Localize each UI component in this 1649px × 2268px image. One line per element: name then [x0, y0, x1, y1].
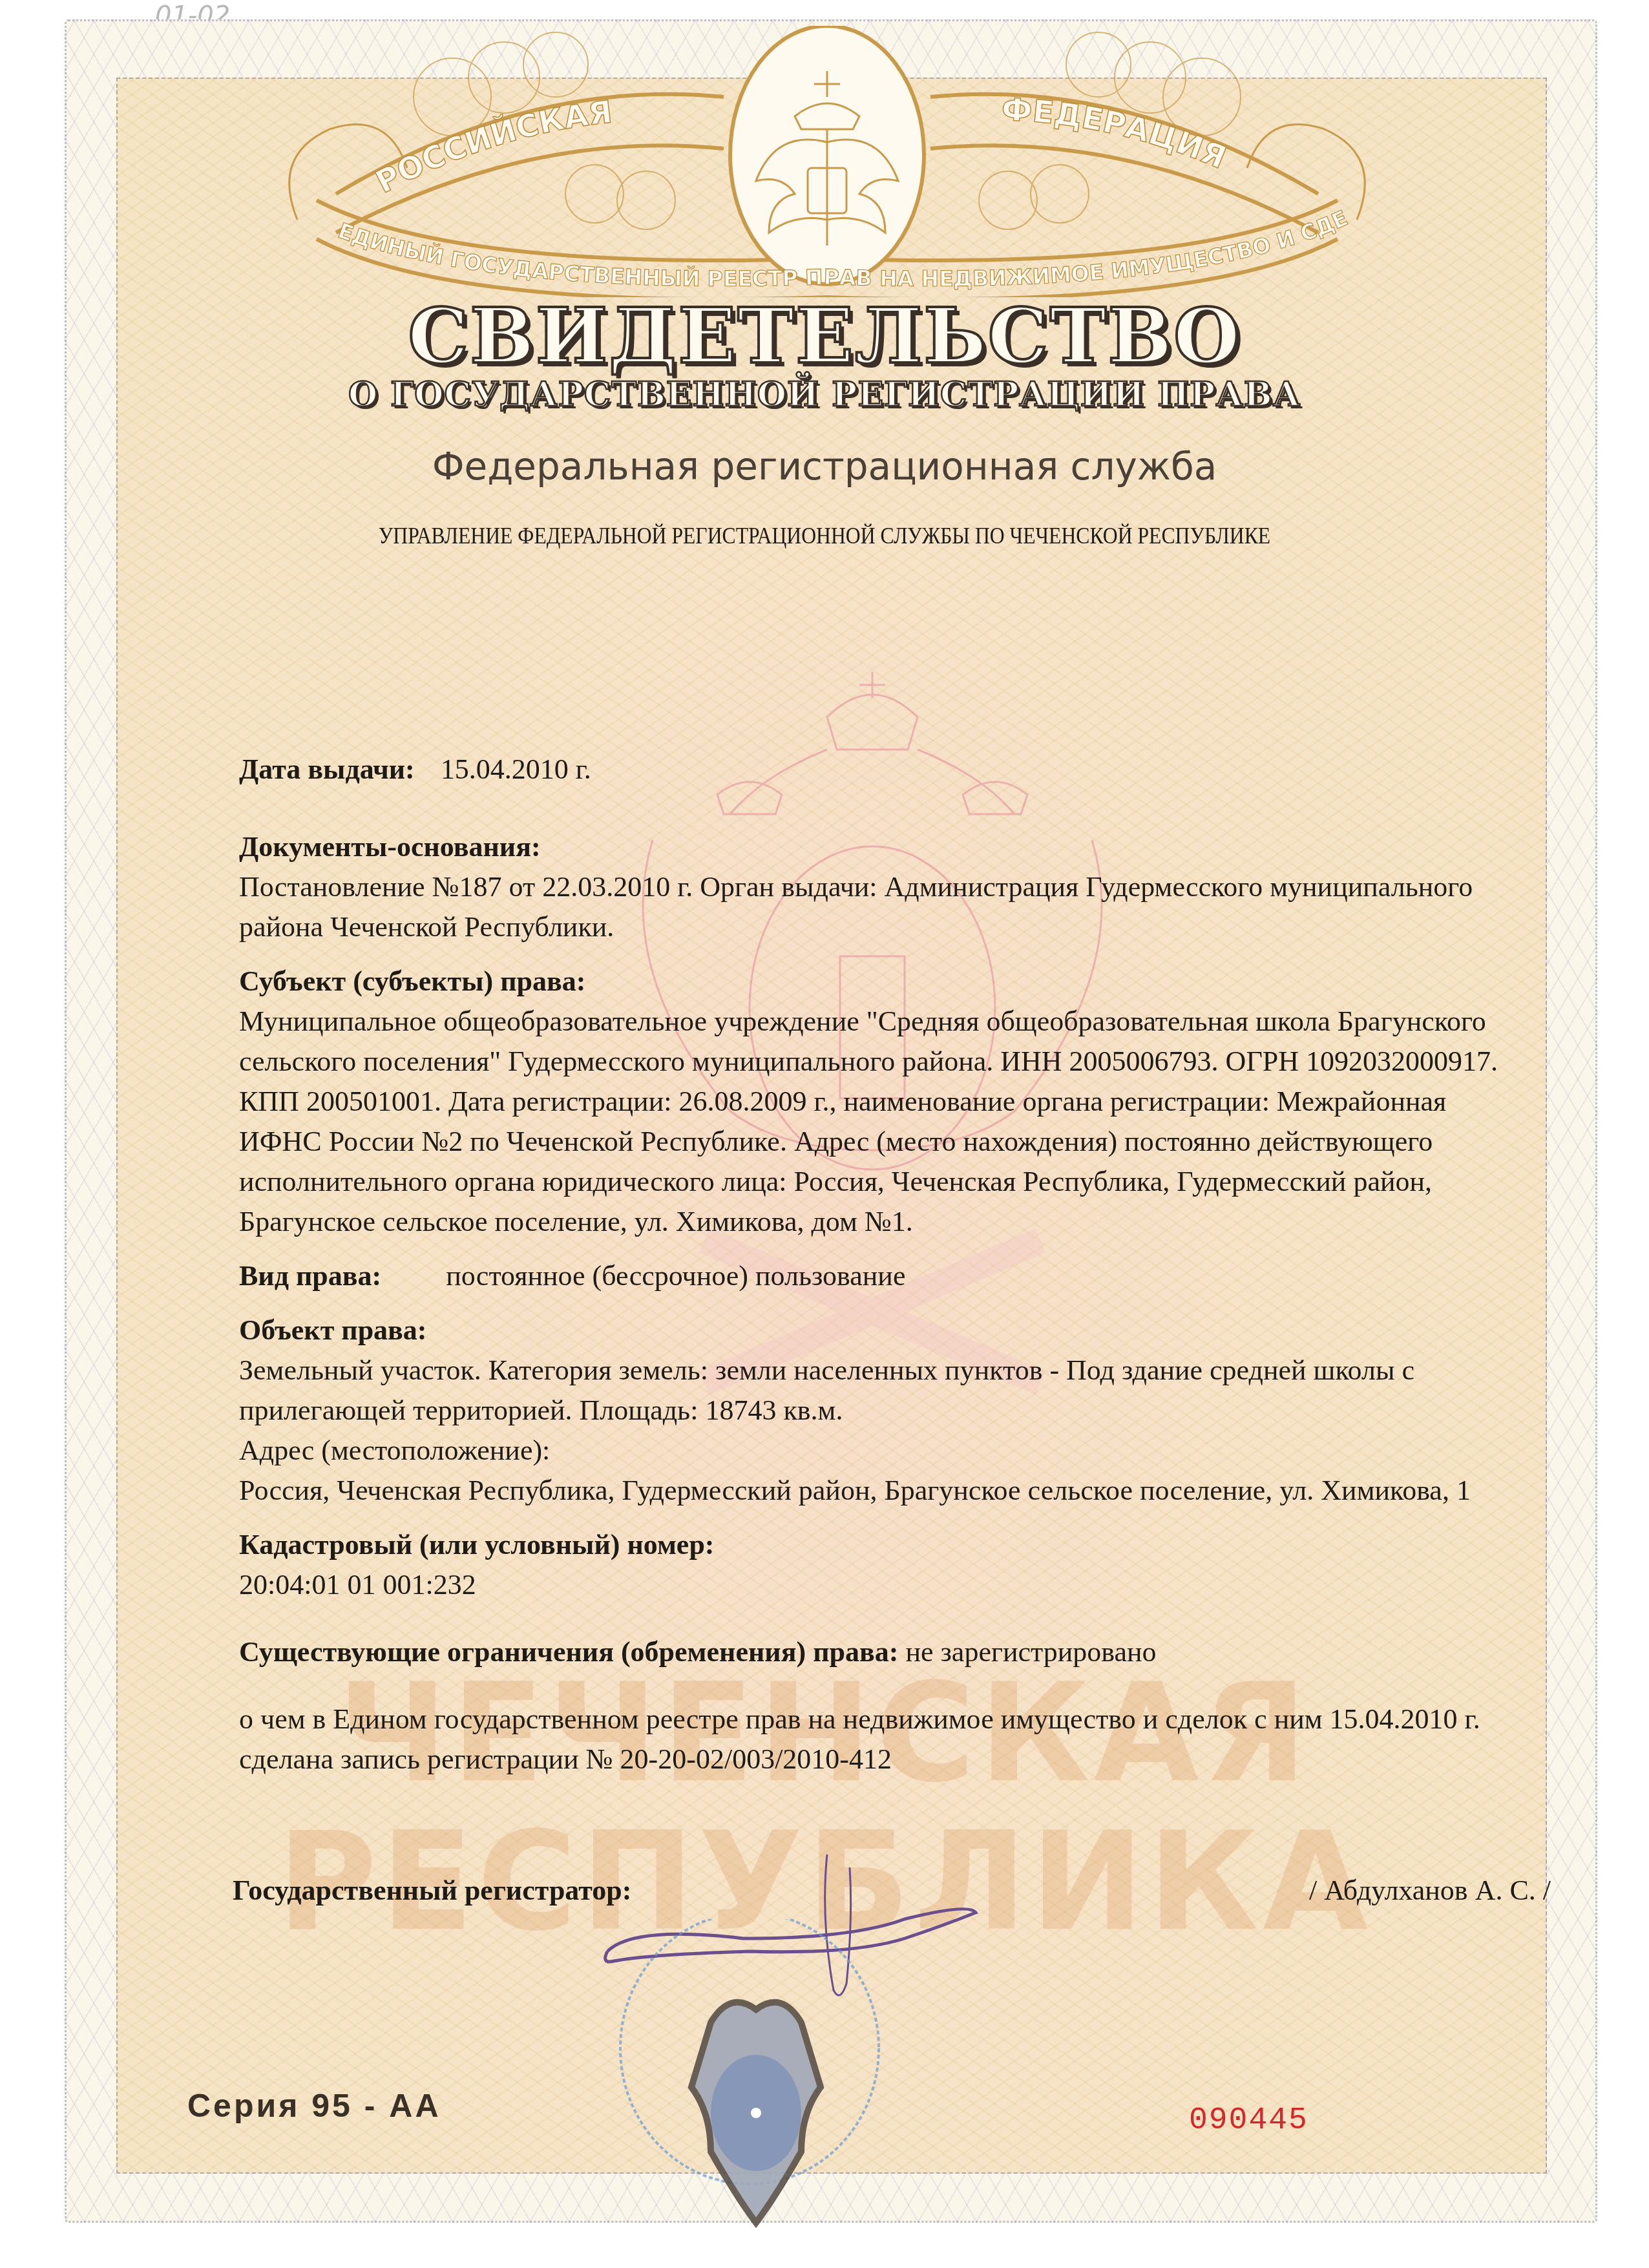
right-type-value: постоянное (бессрочное) пользование	[446, 1260, 905, 1292]
registrar-label: Государственный регистратор:	[233, 1874, 631, 1906]
basis-documents-value: Постановление №187 от 22.03.2010 г. Орга…	[239, 867, 1499, 947]
document-subtitle: О ГОСУДАРСТВЕННОЙ РЕГИСТРАЦИИ ПРАВА	[0, 375, 1649, 414]
series-label: Серия 95 - АА	[187, 2087, 441, 2125]
right-type-label: Вид права:	[239, 1260, 381, 1292]
registry-note: о чем в Едином государственном реестре п…	[239, 1699, 1499, 1780]
registrar-name: / Абдулханов А. С. /	[1309, 1874, 1551, 1907]
encumbrances-value: не зарегистрировано	[905, 1636, 1156, 1668]
subjects-value: Муниципальное общеобразовательное учрежд…	[239, 1002, 1499, 1242]
issue-date-section: Дата выдачи:15.04.2010 г.	[239, 750, 1499, 790]
encumbrances-label: Существующие ограничения (обременения) п…	[239, 1636, 898, 1668]
service-name: Федеральная регистрационная служба	[0, 445, 1649, 488]
subjects-section: Субъект (субъекты) права: Муниципальное …	[239, 961, 1499, 1242]
official-stamp-hologram	[594, 1919, 956, 2229]
issue-date-label: Дата выдачи:	[239, 753, 415, 785]
svg-text:РОССИЙСКАЯ: РОССИЙСКАЯ	[370, 94, 614, 200]
object-address: Россия, Чеченская Республика, Гудермесск…	[239, 1471, 1499, 1511]
directorate-name: УПРАВЛЕНИЕ ФЕДЕРАЛЬНОЙ РЕГИСТРАЦИОННОЙ С…	[99, 522, 1550, 549]
ribbon-right-text: ФЕДЕРАЦИЯ	[1001, 91, 1232, 176]
serial-number: 090445	[1189, 2103, 1308, 2138]
header-ornament: РОССИЙСКАЯ ФЕДЕРАЦИЯ ЕДИНЫЙ ГОСУДАРСТВЕН…	[258, 26, 1396, 297]
object-address-label: Адрес (местоположение):	[239, 1431, 1499, 1471]
subjects-label: Субъект (субъекты) права:	[239, 961, 1499, 1002]
object-section: Объект права: Земельный участок. Категор…	[239, 1310, 1499, 1511]
encumbrances-section: Существующие ограничения (обременения) п…	[239, 1632, 1499, 1672]
cadastral-section: Кадастровый (или условный) номер: 20:04:…	[239, 1525, 1499, 1605]
certificate-body: Дата выдачи:15.04.2010 г. Документы-осно…	[239, 750, 1499, 1780]
right-type-section: Вид права:постоянное (бессрочное) пользо…	[239, 1256, 1499, 1296]
svg-text:ФЕДЕРАЦИЯ: ФЕДЕРАЦИЯ	[1001, 91, 1232, 176]
basis-documents-section: Документы-основания: Постановление №187 …	[239, 827, 1499, 947]
document-title: СВИДЕТЕЛЬСТВО	[0, 291, 1649, 381]
basis-documents-label: Документы-основания:	[239, 827, 1499, 867]
cadastral-value: 20:04:01 01 001:232	[239, 1565, 1499, 1605]
cadastral-label: Кадастровый (или условный) номер:	[239, 1525, 1499, 1565]
object-label: Объект права:	[239, 1310, 1499, 1350]
ribbon-left-text: РОССИЙСКАЯ	[370, 94, 614, 200]
object-value: Земельный участок. Категория земель: зем…	[239, 1350, 1499, 1431]
issue-date-value: 15.04.2010 г.	[441, 753, 591, 785]
